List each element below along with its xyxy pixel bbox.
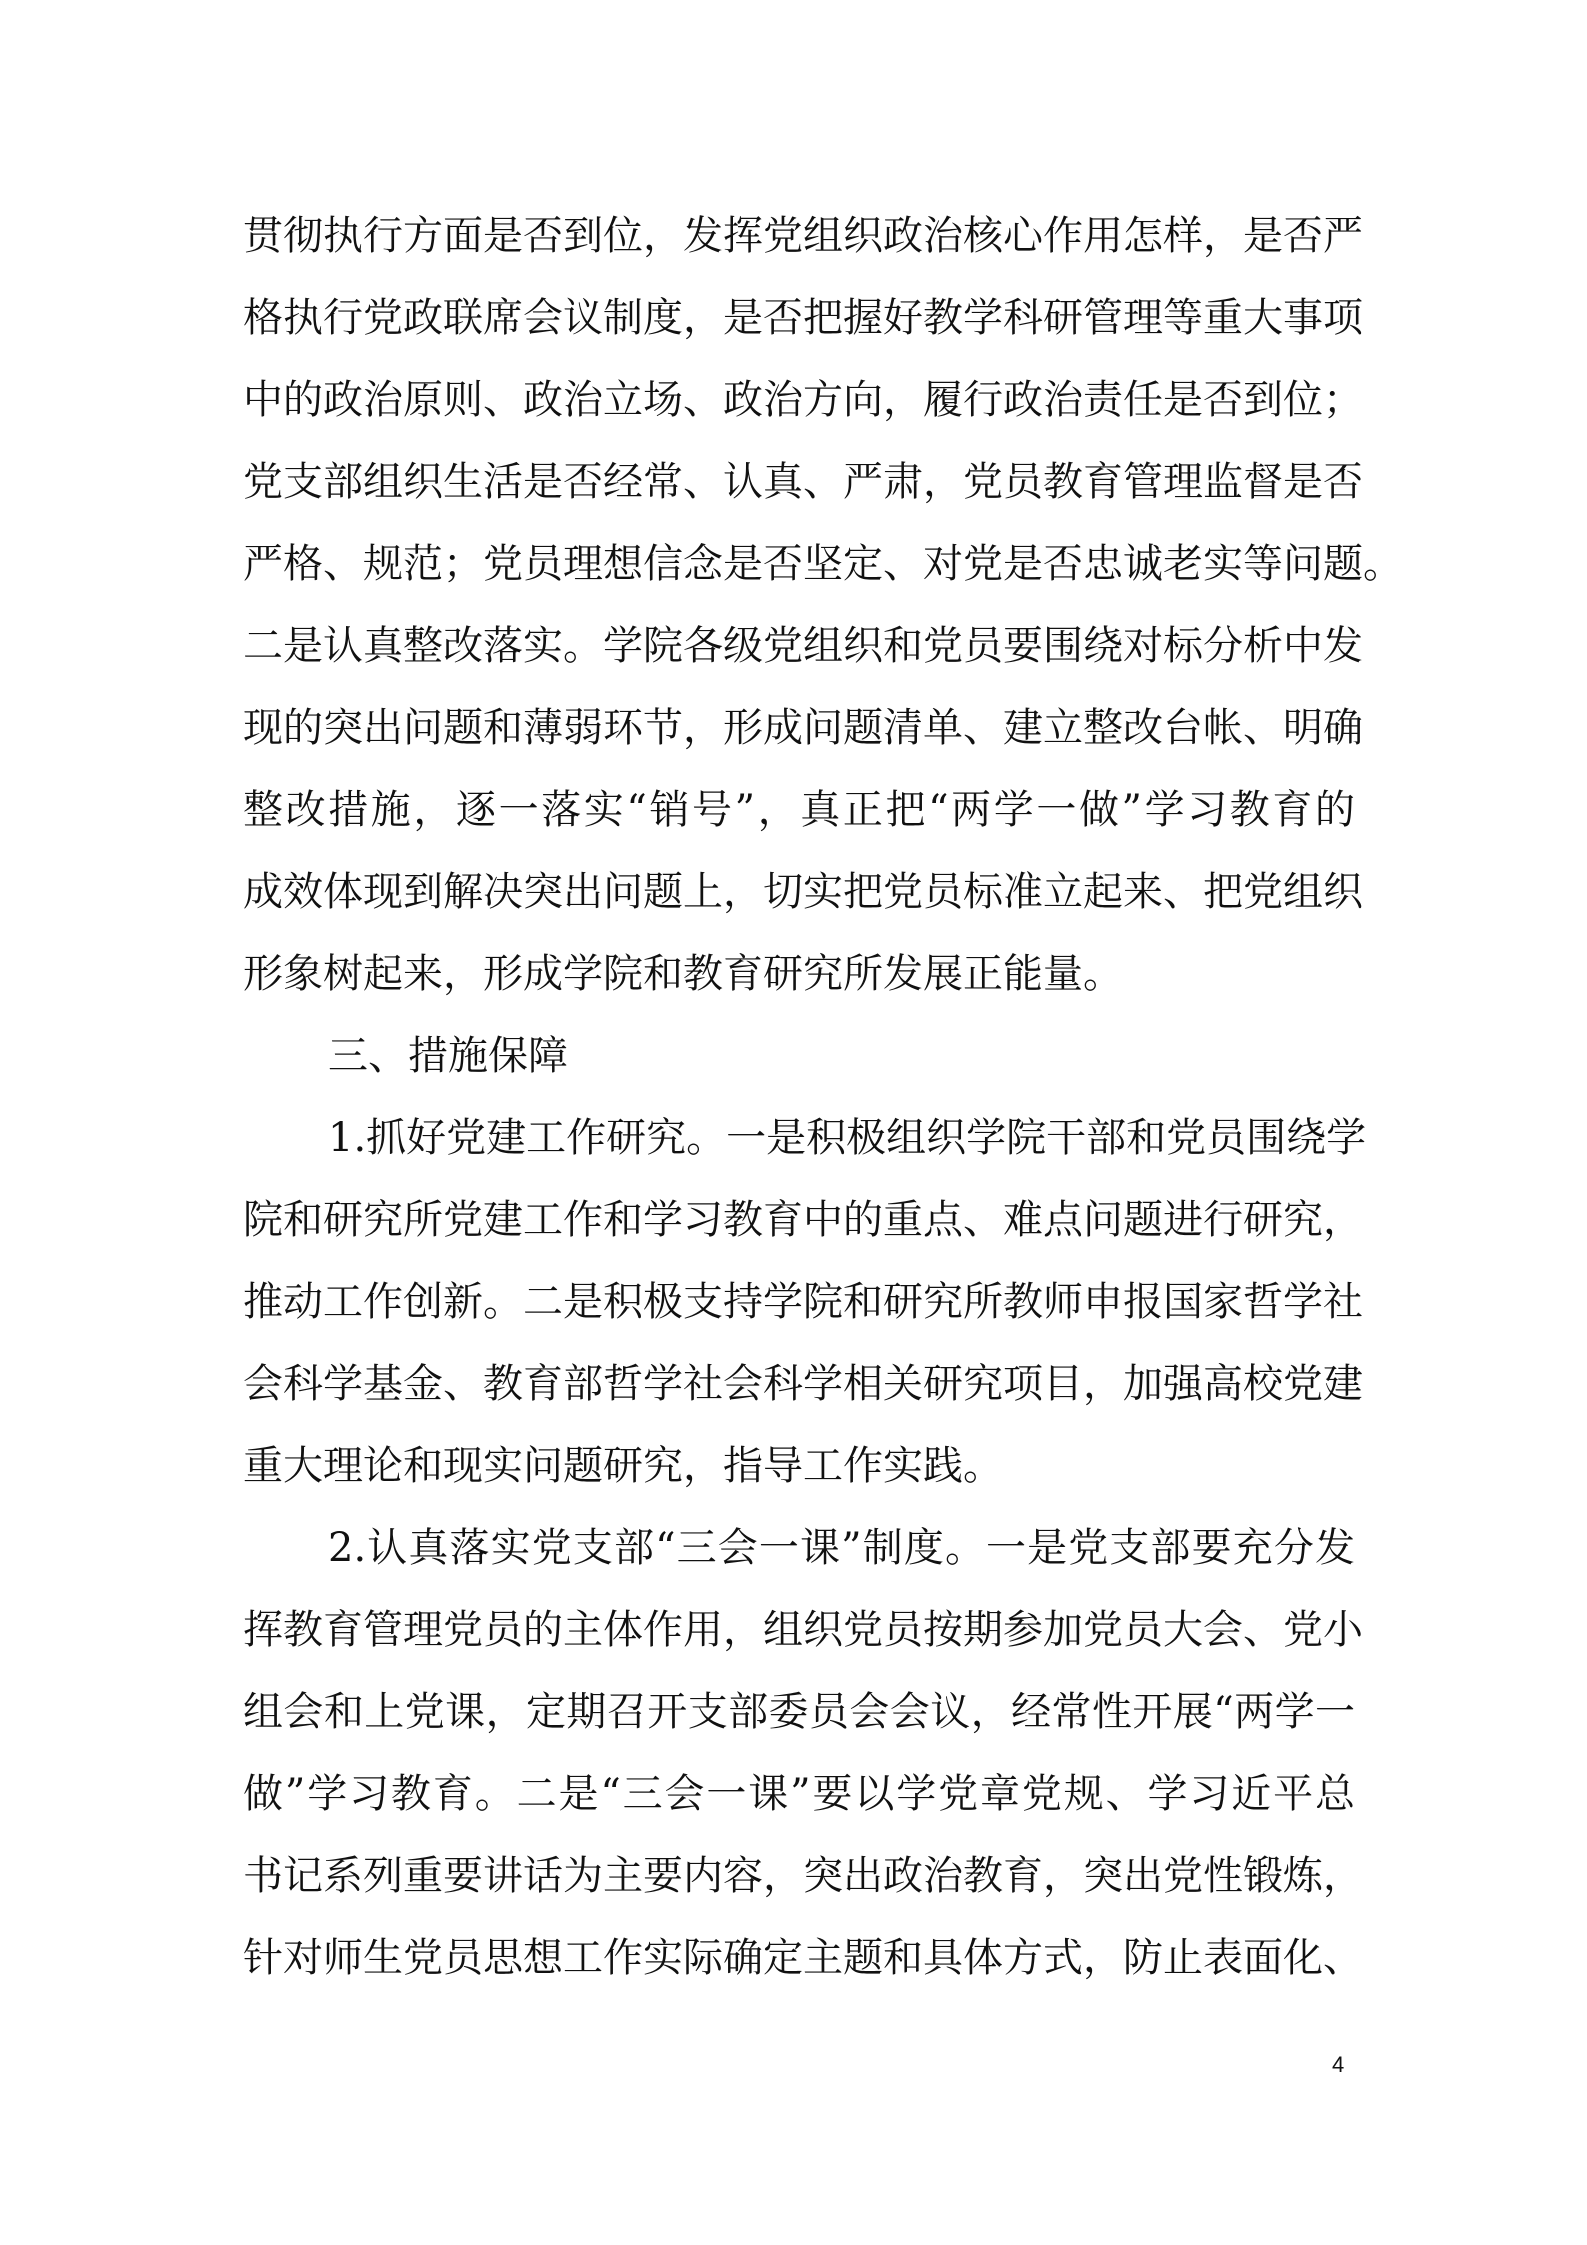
document-page: 贯彻执行方面是否到位，发挥党组织政治核心作用怎样，是否严 格执行党政联席会议制度… (0, 0, 1587, 2245)
body-line: 挥教育管理党员的主体作用，组织党员按期参加党员大会、党小 (243, 1600, 1355, 1660)
body-line: 重大理论和现实问题研究，指导工作实践。 (243, 1436, 1355, 1496)
body-line: 书记系列重要讲话为主要内容，突出政治教育，突出党性锻炼， (243, 1846, 1355, 1906)
paragraph-start-line: 2.认真落实党支部“三会一课”制度。一是党支部要充分发 (328, 1518, 1355, 1578)
body-line: 组会和上党课，定期召开支部委员会会议，经常性开展“两学一 (243, 1682, 1355, 1742)
page-number: 4 (1332, 2052, 1344, 2078)
body-line: 会科学基金、教育部哲学社会科学相关研究项目，加强高校党建 (243, 1354, 1355, 1414)
body-line: 贯彻执行方面是否到位，发挥党组织政治核心作用怎样，是否严 (243, 206, 1355, 266)
body-line: 形象树起来，形成学院和教育研究所发展正能量。 (243, 944, 1355, 1004)
body-line: 成效体现到解决突出问题上，切实把党员标准立起来、把党组织 (243, 862, 1355, 922)
body-line: 整改措施，逐一落实“销号”，真正把“两学一做”学习教育的 (243, 780, 1355, 840)
body-line: 针对师生党员思想工作实际确定主题和具体方式，防止表面化、 (243, 1928, 1355, 1988)
body-line: 现的突出问题和薄弱环节，形成问题清单、建立整改台帐、明确 (243, 698, 1355, 758)
body-line: 做”学习教育。二是“三会一课”要以学党章党规、学习近平总 (243, 1764, 1355, 1824)
body-line: 严格、规范；党员理想信念是否坚定、对党是否忠诚老实等问题。 (243, 534, 1355, 594)
body-line: 二是认真整改落实。学院各级党组织和党员要围绕对标分析中发 (243, 616, 1355, 676)
paragraph-start-line: 1.抓好党建工作研究。一是积极组织学院干部和党员围绕学 (328, 1108, 1355, 1168)
body-line: 格执行党政联席会议制度，是否把握好教学科研管理等重大事项 (243, 288, 1355, 348)
body-line: 党支部组织生活是否经常、认真、严肃，党员教育管理监督是否 (243, 452, 1355, 512)
body-line: 推动工作创新。二是积极支持学院和研究所教师申报国家哲学社 (243, 1272, 1355, 1332)
section-heading: 三、措施保障 (328, 1026, 1440, 1086)
body-line: 中的政治原则、政治立场、政治方向，履行政治责任是否到位； (243, 370, 1355, 430)
body-line: 院和研究所党建工作和学习教育中的重点、难点问题进行研究， (243, 1190, 1355, 1250)
